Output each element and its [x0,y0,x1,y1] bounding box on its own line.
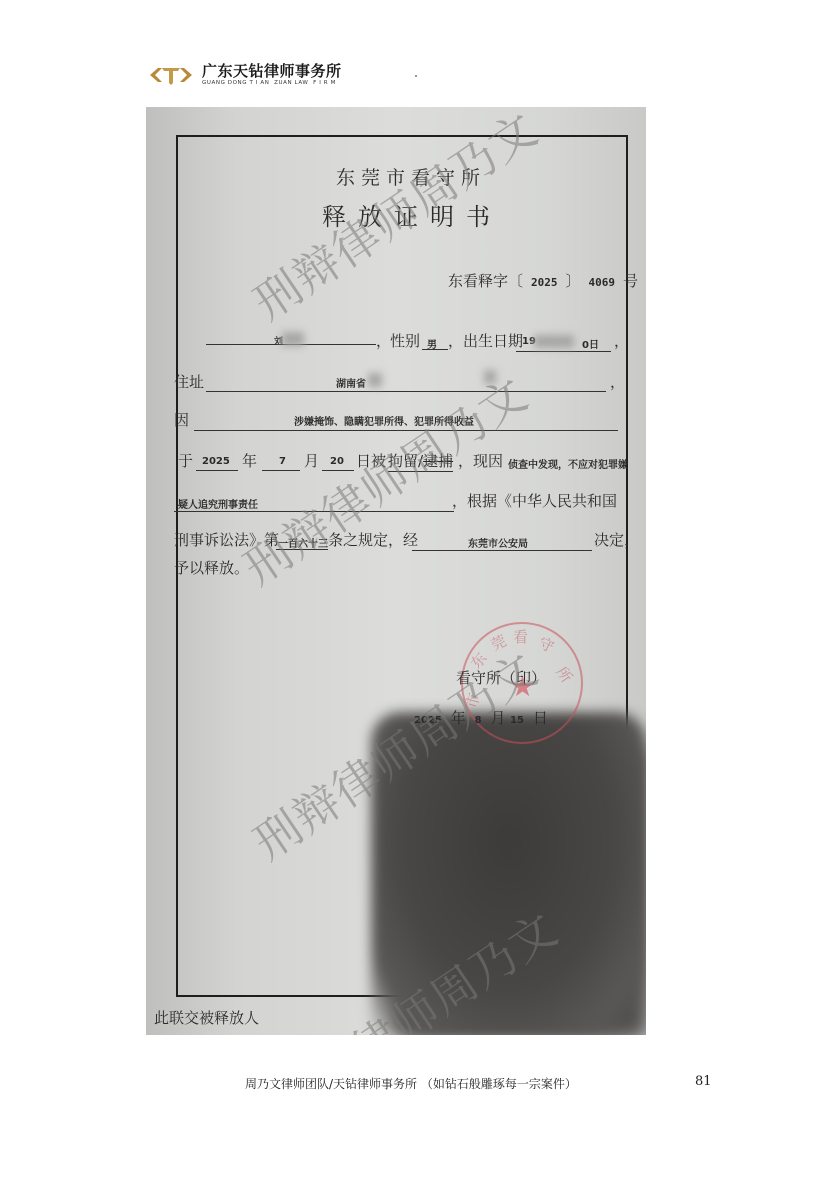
stray-dot [415,75,417,77]
release-statement: 予以释放。 [174,557,249,578]
redaction [282,332,304,346]
detain-day: 20 [330,456,344,467]
page-footer: 周乃文律师团队/天钻律师事务所 （如钻石般雕琢每一宗案件） [245,1075,577,1092]
document-number: 东看释字〔2025〕4069号 [448,270,638,291]
decider: 东莞市公安局 [468,535,528,550]
address-value: 湖南省 [336,375,366,390]
release-certificate-photo: 东莞市看守所 释放证明书 东看释字〔2025〕4069号 刘 ， 性别 男 ，出… [146,107,646,1035]
release-reason-2: 疑人追究刑事责任 [178,496,258,511]
redaction [368,373,382,387]
copy-note: 此联交被释放人 [154,1007,259,1028]
redaction [534,335,574,348]
dob-end: 0日 [582,336,599,351]
firm-name-cn: 广东天钻律师事务所 [202,64,342,79]
address-underline [206,391,606,392]
firm-header: 广东天钻律师事务所 GUANG DONG T I AN ZUAN LAW F I… [148,60,342,90]
detain-month: 7 [279,456,286,467]
firm-name-en: GUANG DONG T I AN ZUAN LAW F I R M [202,81,342,87]
gender-value: 男 [427,336,437,351]
reason-label: 因 [174,409,189,430]
dob-label: ，出生日期 [448,330,523,351]
legal-basis: ，根据《中华人民共和国 [452,490,617,511]
address-label: 住址 [174,371,204,392]
gender-label: 性别 [390,330,420,351]
page-number: 81 [695,1074,712,1089]
release-reason-1: 侦查中发现，不应对犯罪嫌 [508,456,628,471]
diamond-t-logo-icon [148,63,194,87]
detain-year: 2025 [202,456,230,467]
